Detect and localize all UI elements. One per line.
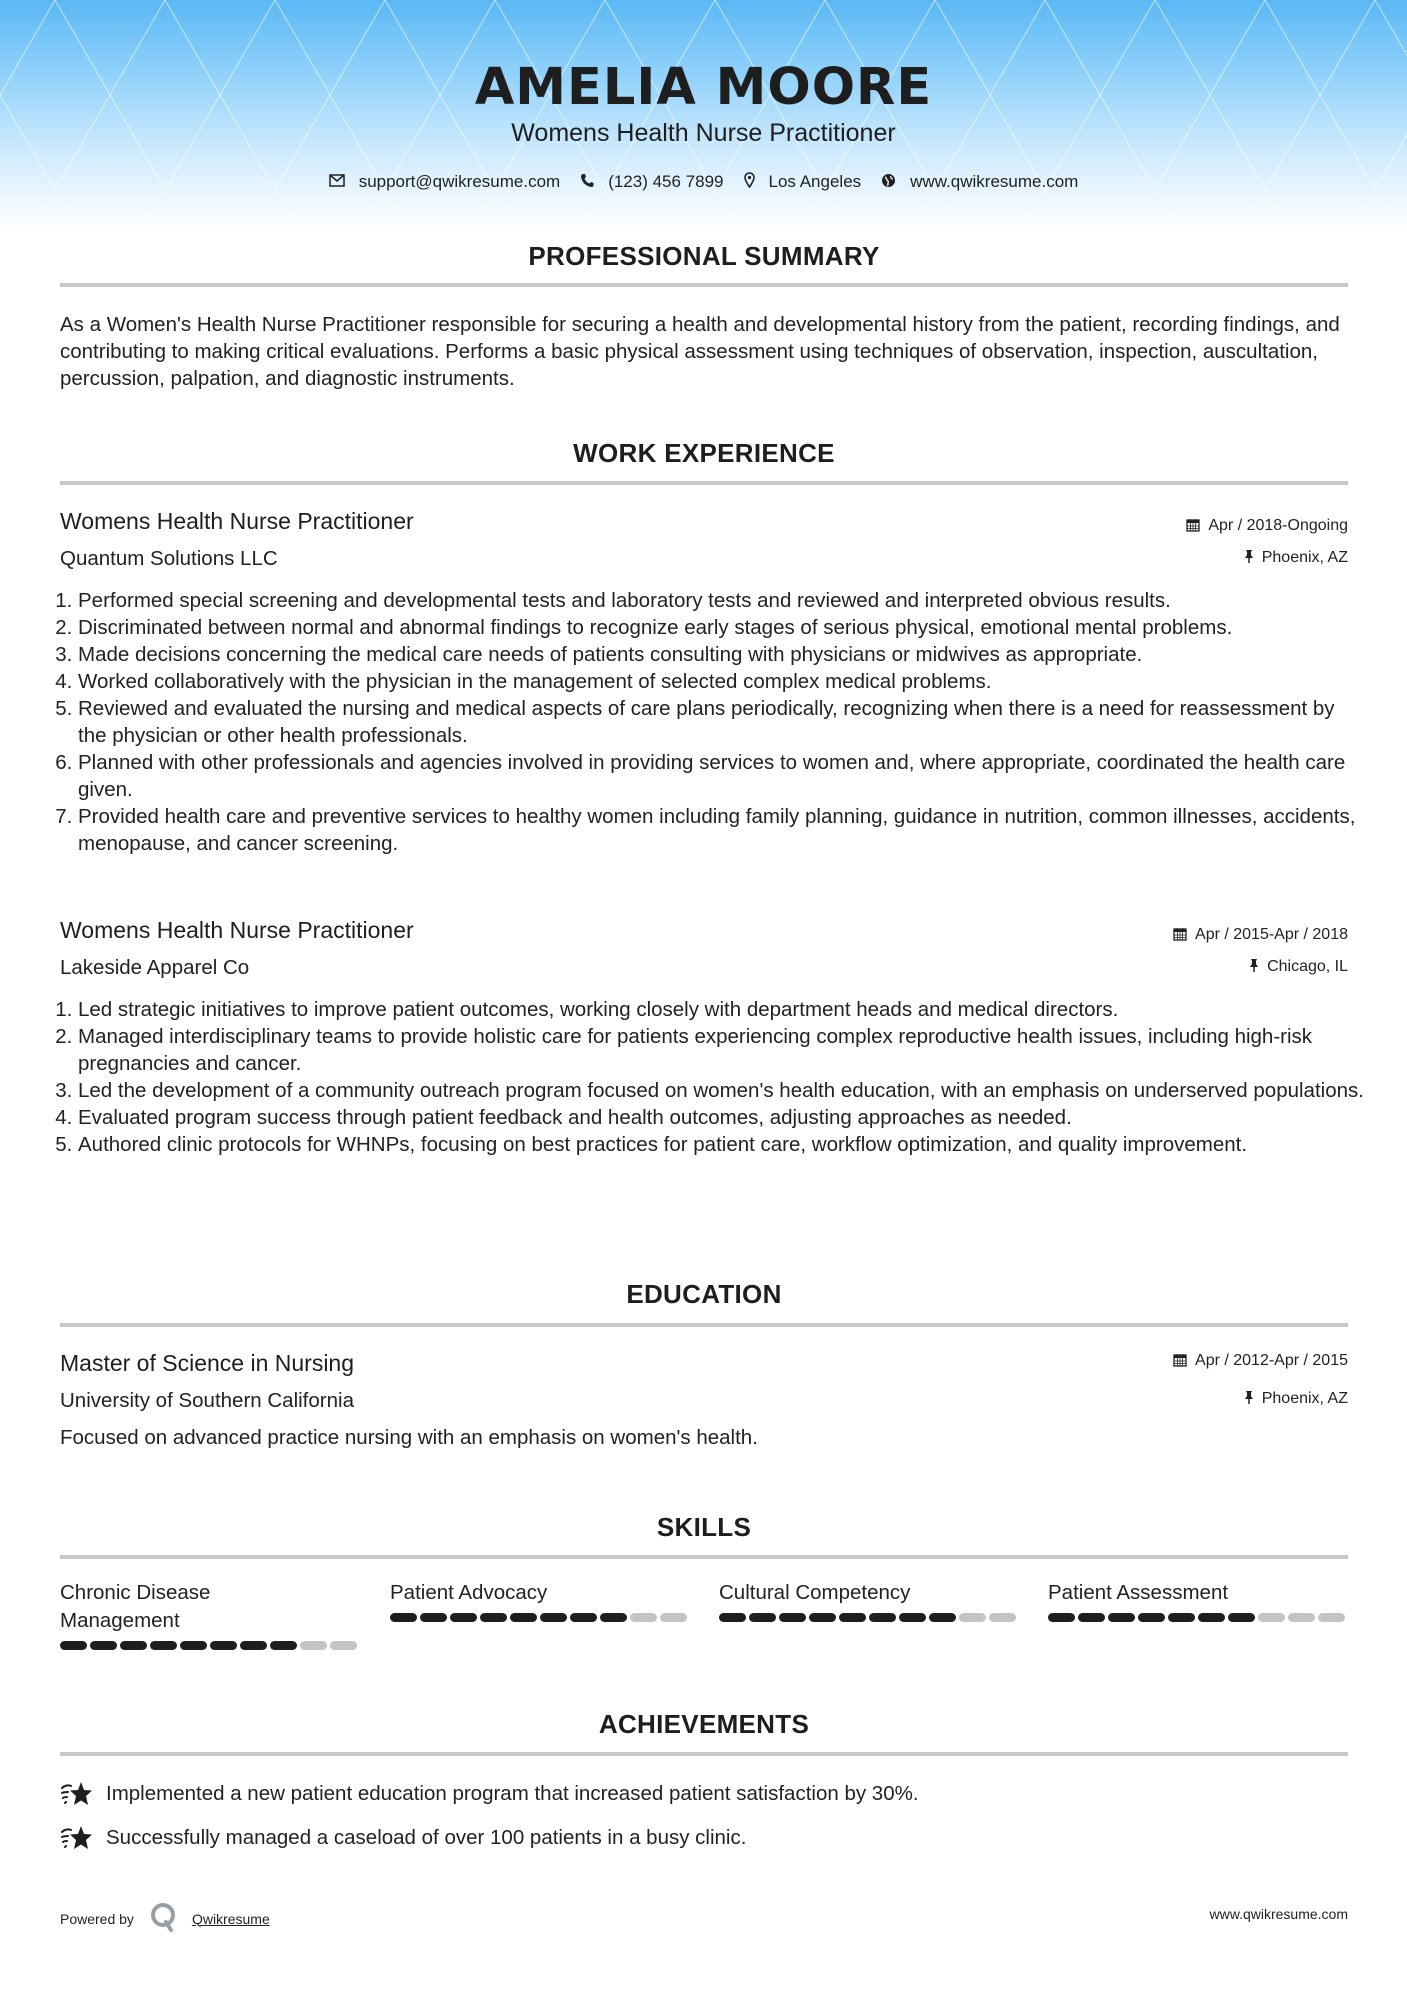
job-title: Womens Health Nurse Practitioner — [60, 917, 414, 944]
degree-title: Master of Science in Nursing — [60, 1350, 354, 1377]
calendar-icon — [1186, 518, 1200, 535]
skill-level-bar — [1048, 1613, 1348, 1622]
job-dates: Apr / 2015-Apr / 2018 — [1173, 926, 1348, 944]
education-divider — [60, 1323, 1348, 1327]
qwikresume-link[interactable]: Qwikresume — [192, 1911, 270, 1927]
bullet: Managed interdisciplinary teams to provi… — [78, 1023, 1368, 1077]
star-award-icon — [60, 1780, 94, 1808]
contact-phone-text[interactable]: (123) 456 7899 — [608, 172, 723, 192]
bullet: Provided health care and preventive serv… — [78, 803, 1368, 857]
job-bullets: Led strategic initiatives to improve pat… — [60, 996, 1368, 1158]
contact-website[interactable]: www.qwikresume.com — [881, 172, 1078, 192]
candidate-title: Womens Health Nurse Practitioner — [0, 119, 1407, 148]
calendar-icon — [1173, 1353, 1187, 1370]
envelope-icon — [329, 174, 345, 191]
calendar-icon — [1173, 927, 1187, 944]
skill-item: Patient Advocacy — [390, 1579, 690, 1622]
achievements-divider — [60, 1752, 1348, 1756]
summary-heading: PROFESSIONAL SUMMARY — [60, 241, 1348, 272]
bullet: Discriminated between normal and abnorma… — [78, 614, 1368, 641]
skill-level-bar — [719, 1613, 1019, 1622]
bullet: Led strategic initiatives to improve pat… — [78, 996, 1368, 1023]
skill-name: Patient Advocacy — [390, 1579, 690, 1607]
contact-email-text[interactable]: support@qwikresume.com — [359, 172, 561, 192]
skill-item: Patient Assessment — [1048, 1579, 1348, 1622]
pushpin-icon — [1244, 1390, 1254, 1408]
pushpin-icon — [1249, 958, 1259, 976]
education-location: Phoenix, AZ — [1244, 1390, 1348, 1408]
candidate-name: AMELIA MOORE — [0, 58, 1407, 117]
skill-name: Patient Assessment — [1048, 1579, 1348, 1607]
skills-heading: SKILLS — [60, 1512, 1348, 1543]
skill-name: Cultural Competency — [719, 1579, 1019, 1607]
skill-level-bar — [60, 1641, 360, 1650]
skill-level-bar — [390, 1613, 690, 1622]
phone-icon — [580, 173, 594, 192]
job-location: Chicago, IL — [1249, 958, 1348, 976]
contact-location: Los Angeles — [744, 172, 862, 192]
bullet: Led the development of a community outre… — [78, 1077, 1368, 1104]
job-company: Lakeside Apparel Co — [60, 956, 249, 980]
map-pin-icon — [744, 172, 755, 192]
achievement-item: Successfully managed a caseload of over … — [60, 1824, 746, 1852]
job-bullets: Performed special screening and developm… — [60, 587, 1368, 857]
contact-phone[interactable]: (123) 456 7899 — [580, 172, 723, 192]
job-company: Quantum Solutions LLC — [60, 547, 278, 571]
experience-divider — [60, 481, 1348, 485]
education-dates: Apr / 2012-Apr / 2015 — [1173, 1352, 1348, 1370]
job-title: Womens Health Nurse Practitioner — [60, 508, 414, 535]
footer-website[interactable]: www.qwikresume.com — [1210, 1906, 1348, 1922]
diamond-pattern-background — [0, 0, 1407, 235]
resume-header: AMELIA MOORE Womens Health Nurse Practit… — [0, 0, 1407, 235]
achievement-item: Implemented a new patient education prog… — [60, 1780, 919, 1808]
bullet: Evaluated program success through patien… — [78, 1104, 1368, 1131]
globe-icon — [881, 173, 896, 192]
footer-powered-by: Powered by Qwikresume — [60, 1902, 270, 1935]
education-description: Focused on advanced practice nursing wit… — [60, 1424, 1350, 1451]
pushpin-icon — [1244, 549, 1254, 567]
qwikresume-logo-icon — [150, 1902, 178, 1935]
contact-location-text: Los Angeles — [769, 172, 862, 192]
skills-divider — [60, 1555, 1348, 1559]
experience-heading: WORK EXPERIENCE — [60, 438, 1348, 469]
skill-name: Chronic Disease Management — [60, 1579, 260, 1635]
job-location: Phoenix, AZ — [1244, 549, 1348, 567]
job-dates: Apr / 2018-Ongoing — [1186, 517, 1348, 535]
summary-text: As a Women's Health Nurse Practitioner r… — [60, 311, 1350, 392]
bullet: Authored clinic protocols for WHNPs, foc… — [78, 1131, 1368, 1158]
contact-website-text[interactable]: www.qwikresume.com — [910, 172, 1078, 192]
bullet: Worked collaboratively with the physicia… — [78, 668, 1368, 695]
bullet: Planned with other professionals and age… — [78, 749, 1368, 803]
achievements-heading: ACHIEVEMENTS — [60, 1709, 1348, 1740]
skill-item: Chronic Disease Management — [60, 1579, 360, 1650]
skill-item: Cultural Competency — [719, 1579, 1019, 1622]
contact-bar: support@qwikresume.com (123) 456 7899 Lo… — [0, 172, 1407, 192]
education-heading: EDUCATION — [60, 1279, 1348, 1310]
bullet: Reviewed and evaluated the nursing and m… — [78, 695, 1368, 749]
bullet: Made decisions concerning the medical ca… — [78, 641, 1368, 668]
powered-by-label: Powered by — [60, 1911, 134, 1927]
bullet: Performed special screening and developm… — [78, 587, 1368, 614]
star-award-icon — [60, 1824, 94, 1852]
contact-email[interactable]: support@qwikresume.com — [329, 172, 561, 192]
summary-divider — [60, 283, 1348, 287]
school-name: University of Southern California — [60, 1389, 354, 1413]
